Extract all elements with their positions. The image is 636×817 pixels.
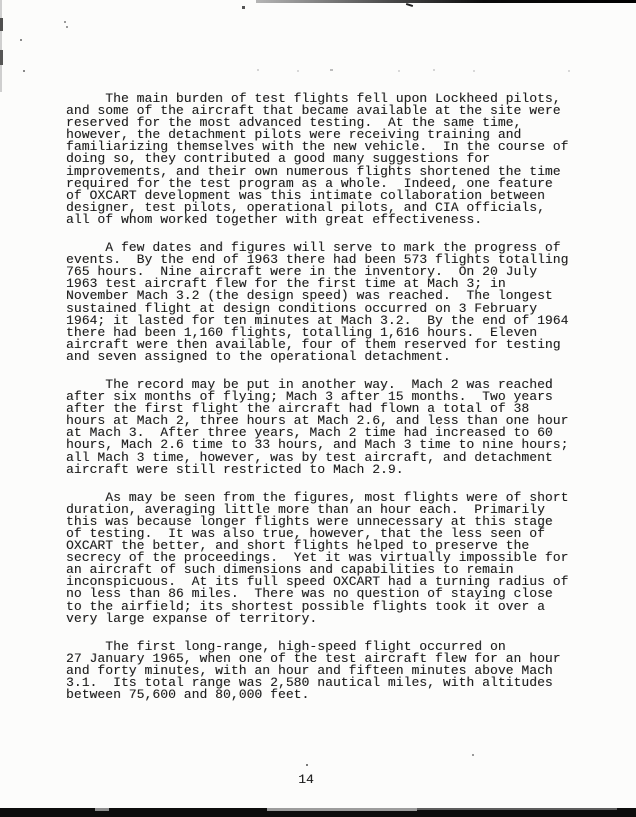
scan-speckle <box>433 69 435 71</box>
scan-speckle <box>242 6 245 9</box>
scan-artifact-bottom-bar-gap <box>417 808 617 810</box>
page-number: 14 <box>0 772 624 787</box>
scan-artifact-top-bar <box>256 0 636 3</box>
scan-artifact-bottom-bar-gap <box>267 808 417 811</box>
scan-artifact-left-edge-mark <box>0 18 3 31</box>
scan-speckle <box>398 70 400 72</box>
scan-speckle <box>66 26 68 28</box>
scan-speckle <box>568 70 570 72</box>
scan-speckle <box>306 764 308 766</box>
scan-artifact-left-edge-mark <box>0 50 3 65</box>
scan-speckle <box>406 3 413 7</box>
scan-speckle <box>297 70 299 72</box>
scan-speckle <box>257 69 259 71</box>
scan-artifact-bottom-bar-gap <box>95 808 109 811</box>
paragraph: A few dates and figures will serve to ma… <box>66 242 580 363</box>
scan-speckle <box>473 70 475 72</box>
paragraph: The main burden of test flights fell upo… <box>66 93 580 226</box>
paragraph: The record may be put in another way. Ma… <box>66 379 580 476</box>
scan-artifact-left-edge-line <box>0 0 2 92</box>
scan-speckle <box>64 21 66 23</box>
document-body: The main burden of test flights fell upo… <box>66 93 580 717</box>
paragraph: The first long-range, high-speed flight … <box>66 641 580 701</box>
scan-speckle <box>23 70 25 72</box>
paragraph: As may be seen from the figures, most fl… <box>66 492 580 625</box>
scan-speckle <box>20 39 22 41</box>
scan-speckle <box>330 69 333 71</box>
scan-speckle <box>472 754 474 756</box>
document-page: The main burden of test flights fell upo… <box>0 0 636 817</box>
